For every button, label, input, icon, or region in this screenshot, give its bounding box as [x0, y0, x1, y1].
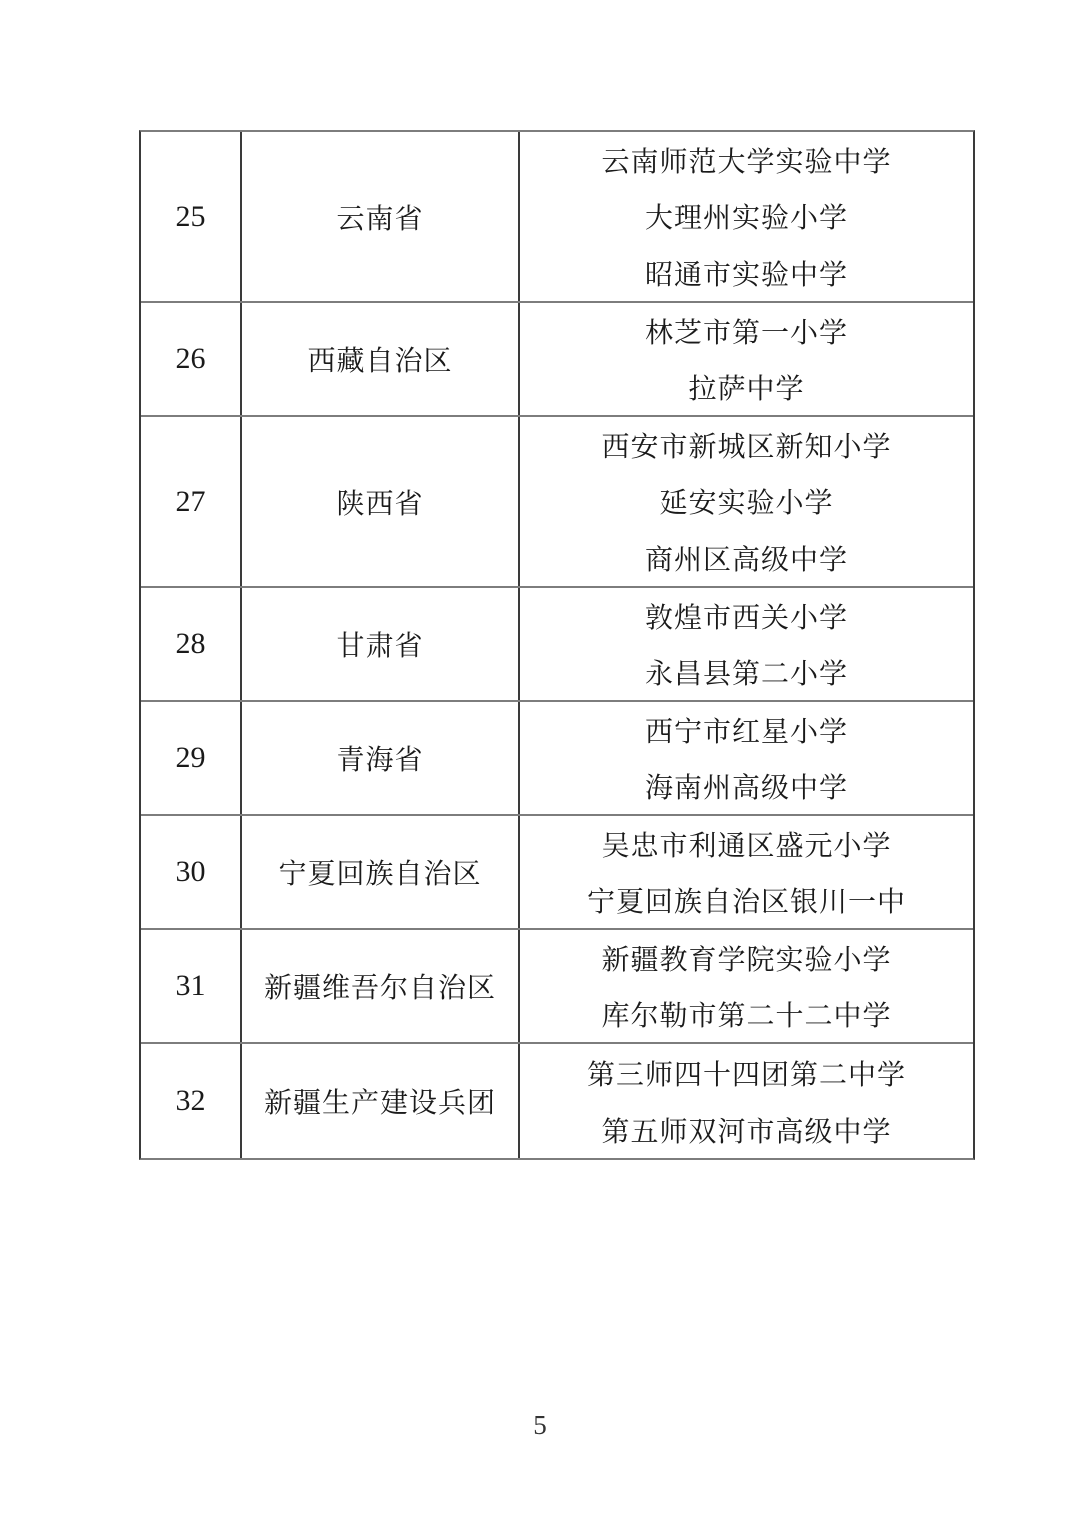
school-name: 云南师范大学实验中学	[520, 132, 973, 188]
region-name: 云南省	[242, 132, 520, 301]
school-list: 西安市新城区新知小学延安实验小学商州区高级中学	[520, 417, 973, 586]
table-row: 29 青海省 西宁市红星小学海南州高级中学	[141, 702, 973, 816]
school-list: 西宁市红星小学海南州高级中学	[520, 702, 973, 814]
school-name: 西安市新城区新知小学	[520, 417, 973, 473]
region-name: 新疆维吾尔自治区	[242, 930, 520, 1042]
school-name: 海南州高级中学	[520, 758, 973, 814]
school-name: 永昌县第二小学	[520, 644, 973, 700]
row-number: 29	[141, 702, 242, 814]
table-row: 32 新疆生产建设兵团 第三师四十四团第二中学第五师双河市高级中学	[141, 1044, 973, 1158]
row-number: 30	[141, 816, 242, 928]
school-name: 昭通市实验中学	[520, 245, 973, 301]
school-list: 林芝市第一小学拉萨中学	[520, 303, 973, 415]
row-number: 26	[141, 303, 242, 415]
region-name: 青海省	[242, 702, 520, 814]
row-number: 27	[141, 417, 242, 586]
region-name: 新疆生产建设兵团	[242, 1044, 520, 1158]
school-name: 宁夏回族自治区银川一中	[520, 872, 973, 928]
school-table: 25 云南省 云南师范大学实验中学大理州实验小学昭通市实验中学 26 西藏自治区…	[139, 130, 975, 1160]
school-name: 敦煌市西关小学	[520, 588, 973, 644]
table-row: 26 西藏自治区 林芝市第一小学拉萨中学	[141, 303, 973, 417]
row-number: 28	[141, 588, 242, 700]
region-name: 西藏自治区	[242, 303, 520, 415]
school-name: 库尔勒市第二十二中学	[520, 986, 973, 1042]
school-name: 大理州实验小学	[520, 188, 973, 244]
school-name: 拉萨中学	[520, 359, 973, 415]
school-list: 敦煌市西关小学永昌县第二小学	[520, 588, 973, 700]
region-name: 甘肃省	[242, 588, 520, 700]
school-name: 新疆教育学院实验小学	[520, 930, 973, 986]
table-row: 28 甘肃省 敦煌市西关小学永昌县第二小学	[141, 588, 973, 702]
region-name: 宁夏回族自治区	[242, 816, 520, 928]
table-row: 27 陕西省 西安市新城区新知小学延安实验小学商州区高级中学	[141, 417, 973, 588]
school-name: 第五师双河市高级中学	[520, 1101, 973, 1158]
school-name: 吴忠市利通区盛元小学	[520, 816, 973, 872]
school-name: 第三师四十四团第二中学	[520, 1044, 973, 1101]
school-list: 第三师四十四团第二中学第五师双河市高级中学	[520, 1044, 973, 1158]
table-row: 25 云南省 云南师范大学实验中学大理州实验小学昭通市实验中学	[141, 132, 973, 303]
school-name: 林芝市第一小学	[520, 303, 973, 359]
row-number: 32	[141, 1044, 242, 1158]
region-name: 陕西省	[242, 417, 520, 586]
school-name: 延安实验小学	[520, 473, 973, 529]
page-number: 5	[0, 1410, 1080, 1441]
school-name: 商州区高级中学	[520, 530, 973, 586]
row-number: 25	[141, 132, 242, 301]
table-row: 31 新疆维吾尔自治区 新疆教育学院实验小学库尔勒市第二十二中学	[141, 930, 973, 1044]
school-list: 云南师范大学实验中学大理州实验小学昭通市实验中学	[520, 132, 973, 301]
row-number: 31	[141, 930, 242, 1042]
school-list: 新疆教育学院实验小学库尔勒市第二十二中学	[520, 930, 973, 1042]
table-row: 30 宁夏回族自治区 吴忠市利通区盛元小学宁夏回族自治区银川一中	[141, 816, 973, 930]
school-name: 西宁市红星小学	[520, 702, 973, 758]
school-list: 吴忠市利通区盛元小学宁夏回族自治区银川一中	[520, 816, 973, 928]
